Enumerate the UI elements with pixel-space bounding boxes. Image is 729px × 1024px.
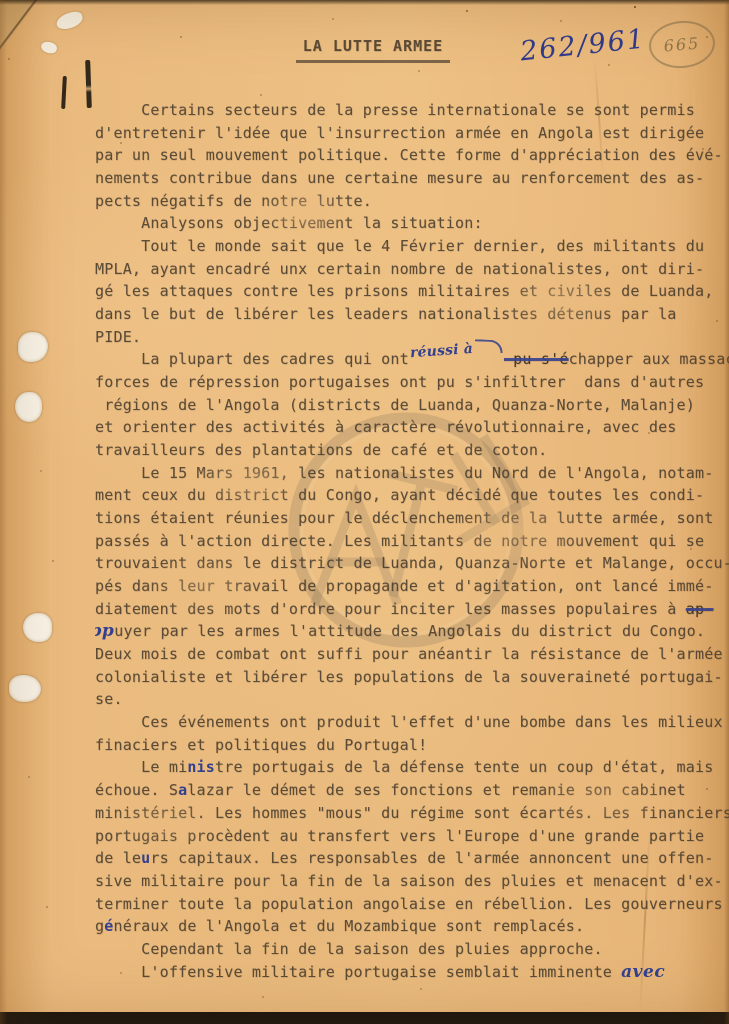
punch-hole	[15, 392, 42, 422]
typed-line: nements contribue dans une certaine mesu…	[95, 167, 729, 190]
typed-text: forces de répression portugaises ont pu …	[95, 373, 704, 391]
typed-text: chapper aux massacres des	[569, 350, 729, 368]
typed-text: tions étaient réunies pour le déclenchem…	[95, 509, 713, 527]
typed-line: d'entretenir l'idée que l'insurrection a…	[95, 122, 729, 145]
typed-text: rs capitaux. Les responsables de l'armée…	[150, 849, 713, 867]
typed-line: ministériel. Les hommes "mous" du régime…	[95, 802, 729, 825]
typed-line: diatement des mots d'ordre pour inciter …	[95, 598, 729, 621]
typed-line: travailleurs des plantations de café et …	[95, 439, 729, 462]
punch-hole	[23, 613, 52, 642]
archive-number-text: 665	[663, 33, 701, 55]
typed-text: Ces événements ont produit l'effet d'une…	[95, 713, 723, 731]
typed-text: pés dans leur travail de propagande et d…	[95, 577, 713, 595]
handwritten-annotation: a	[178, 781, 187, 799]
typed-text: La plupart des cadres qui ont	[95, 350, 409, 368]
typed-line: Certains secteurs de la presse internati…	[95, 99, 729, 122]
typed-line: échoue. Salazar le démet de ses fonction…	[95, 779, 729, 802]
scanned-document-page: LA LUTTE ARMEE 262/961 665 Certains sect…	[0, 0, 729, 1024]
typed-text: travailleurs des plantations de café et …	[95, 441, 547, 459]
typed-text: passés à l'action directe. Les militants…	[95, 532, 704, 550]
typed-line: Le ministre portugais de la défense tent…	[95, 756, 729, 779]
typed-text: MPLA, ayant encadré unx certain nombre d…	[95, 260, 704, 278]
typed-line: de leurs capitaux. Les responsables de l…	[95, 847, 729, 870]
typed-line: pés dans leur travail de propagande et d…	[95, 575, 729, 598]
typed-text: Le 15 Mars 1961, les nationalistes du No…	[95, 464, 713, 482]
typed-line: trouvaient dans le district de Luanda, Q…	[95, 552, 729, 575]
typed-line: L'offensive militaire portugaise semblai…	[95, 961, 729, 984]
paper-tear	[54, 10, 84, 32]
typed-line: Deux mois de combat ont suffi pour anéan…	[95, 643, 729, 666]
typed-line: pects négatifs de notre lutte.	[95, 190, 729, 213]
handwritten-annotation: nis	[187, 758, 215, 776]
typed-text: et orienter des activités à caractère ré…	[95, 418, 677, 436]
typed-line: Analysons objectivement la situation:	[95, 212, 729, 235]
typed-text: Tout le monde sait que le 4 Février dern…	[95, 237, 704, 255]
typed-text: gé les attaques contre les prisons milit…	[95, 282, 713, 300]
typed-text: Cependant la fin de la saison des pluies…	[95, 940, 603, 958]
typed-text: colonialiste et libérer les populations …	[95, 668, 723, 686]
typed-line: La plupart des cadres qui ontréussi à pu…	[95, 348, 729, 371]
typed-text: néraux de l'Angola et du Mozambique sont…	[113, 917, 584, 935]
typed-text: échoue. S	[95, 781, 178, 799]
typed-text: sive militaire pour la fin de la saison …	[95, 872, 723, 890]
typed-text: finaciers et politiques du Portugal!	[95, 736, 427, 754]
paper-tear	[40, 40, 58, 54]
typed-line: Cependant la fin de la saison des pluies…	[95, 938, 729, 961]
scan-edge-bottom	[0, 1012, 729, 1024]
typed-line: tions étaient réunies pour le déclenchem…	[95, 507, 729, 530]
typed-text: ministériel. Les hommes "mous" du régime…	[95, 804, 729, 822]
typed-text: tre portugais de la défense tente un cou…	[215, 758, 713, 776]
typed-line: colonialiste et libérer les populations …	[95, 666, 729, 689]
typed-text: portugais procèdent au transfert vers l'…	[95, 827, 704, 845]
typed-line: gé les attaques contre les prisons milit…	[95, 280, 729, 303]
handwritten-annotation: app	[95, 620, 114, 643]
typed-line: dans le but de libérer les leaders natio…	[95, 303, 729, 326]
scan-edge-top	[0, 0, 729, 5]
typed-line: MPLA, ayant encadré unx certain nombre d…	[95, 258, 729, 281]
typed-line: appuyer par les armes l'attitude des Ang…	[95, 620, 729, 643]
typed-text: de le	[95, 849, 141, 867]
typed-line: sive militaire pour la fin de la saison …	[95, 870, 729, 893]
typed-line: finaciers et politiques du Portugal!	[95, 734, 729, 757]
typed-text: régions de l'Angola (districts de Luanda…	[95, 396, 695, 414]
typed-body-text: Certains secteurs de la presse internati…	[95, 99, 729, 989]
typed-text: g	[95, 917, 104, 935]
typed-line: Tout le monde sait que le 4 Février dern…	[95, 235, 729, 258]
handwritten-annotation: pu s'é	[504, 350, 569, 368]
typed-text: trouvaient dans le district de Luanda, Q…	[95, 554, 729, 572]
handwritten-tally-mark	[61, 76, 67, 109]
typed-line: par un seul mouvement politique. Cette f…	[95, 144, 729, 167]
typed-text: d'entretenir l'idée que l'insurrection a…	[95, 124, 704, 142]
typed-line: généraux de l'Angola et du Mozambique so…	[95, 915, 729, 938]
punch-hole	[18, 332, 48, 362]
typed-text: Le mi	[95, 758, 187, 776]
handwritten-annotation: ap-	[686, 600, 714, 618]
typed-text: dans le but de libérer les leaders natio…	[95, 305, 677, 323]
typed-text: nements contribue dans une certaine mesu…	[95, 169, 704, 187]
typed-text: Certains secteurs de la presse internati…	[95, 101, 695, 119]
handwritten-annotation: u	[141, 849, 150, 867]
document-title: LA LUTTE ARMEE	[296, 37, 450, 63]
handwritten-annotation: réussi à	[409, 336, 503, 365]
punch-hole	[9, 675, 41, 702]
typed-text: PIDE.	[95, 328, 141, 346]
typed-line: régions de l'Angola (districts de Luanda…	[95, 394, 729, 417]
typed-line: Le 15 Mars 1961, les nationalistes du No…	[95, 462, 729, 485]
typed-line: terminer toute la population angolaise e…	[95, 893, 729, 916]
typed-text: Deux mois de combat ont suffi pour anéan…	[95, 645, 723, 663]
typed-text: Analysons objectivement la situation:	[95, 214, 483, 232]
typed-text: se.	[95, 690, 123, 708]
typed-text: terminer toute la population angolaise e…	[95, 895, 723, 913]
typed-line: passés à l'action directe. Les militants…	[95, 530, 729, 553]
typed-text: uyer par les armes l'attitude des Angola…	[114, 622, 705, 640]
typed-line: ment ceux du district du Congo, ayant dé…	[95, 484, 729, 507]
typed-text: L'offensive militaire portugaise semblai…	[95, 963, 621, 981]
handwritten-reference-number: 262/961	[519, 23, 648, 67]
typed-line: forces de répression portugaises ont pu …	[95, 371, 729, 394]
typed-text: pects négatifs de notre lutte.	[95, 192, 372, 210]
typed-line: se.	[95, 688, 729, 711]
scan-edge-left	[0, 0, 7, 1024]
typed-line: portugais procèdent au transfert vers l'…	[95, 825, 729, 848]
circled-archive-number: 665	[647, 18, 717, 71]
scan-edge-right	[724, 0, 729, 1024]
typed-text: par un seul mouvement politique. Cette f…	[95, 146, 723, 164]
typed-line: Ces événements ont produit l'effet d'une…	[95, 711, 729, 734]
typed-text: ment ceux du district du Congo, ayant dé…	[95, 486, 704, 504]
handwritten-tally-mark	[85, 60, 92, 108]
typed-text: diatement des mots d'ordre pour inciter …	[95, 600, 686, 618]
typed-line: et orienter des activités à caractère ré…	[95, 416, 729, 439]
typed-text: lazar le démet de ses fonctions et reman…	[187, 781, 685, 799]
